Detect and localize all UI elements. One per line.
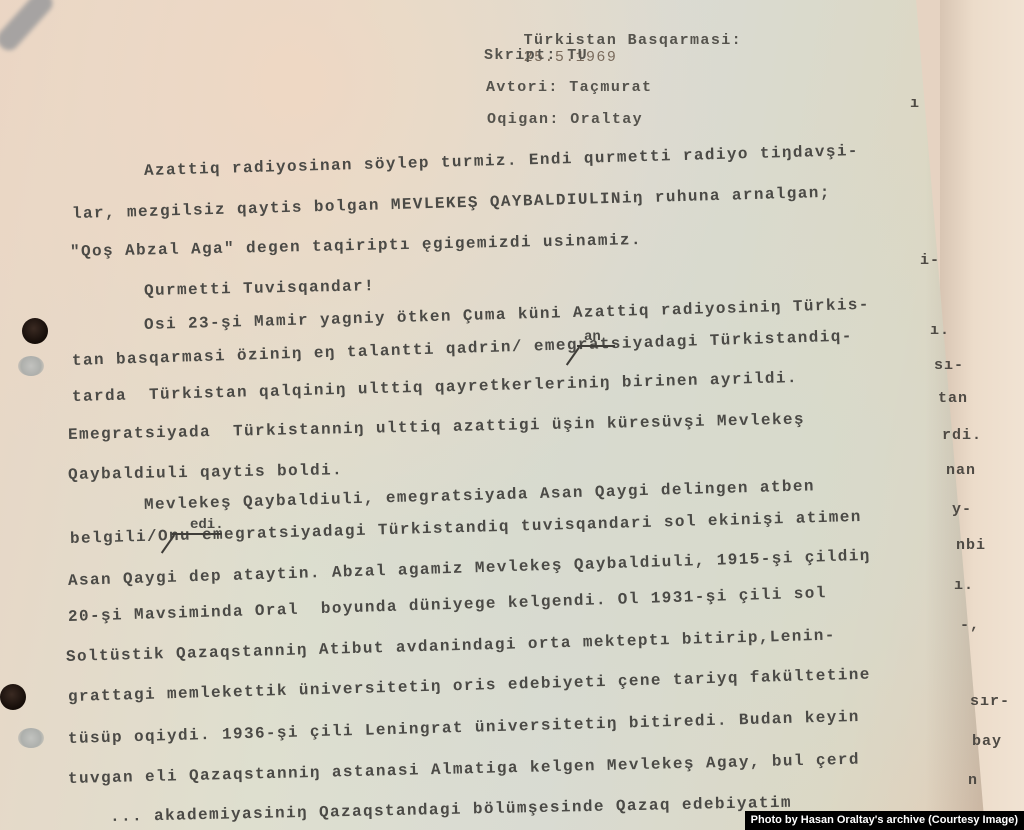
punch-hole-bottom <box>0 684 26 710</box>
handwritten-insert: edi. <box>190 517 224 533</box>
body-line: Azattiq radiyosinan söylep turmiz. Endi … <box>144 142 859 180</box>
margin-fragment: sır- <box>970 693 1010 710</box>
insert-underline <box>577 345 615 347</box>
body-line: ... akademiyasiniŋ Qazaqstandagi bölümşe… <box>110 794 792 826</box>
body-line: Mevlekeş Qaybaldiuli, emegratsiyada Asan… <box>144 477 815 514</box>
header-reader: Oqigan: Oraltay <box>487 111 643 128</box>
photo-credit-caption: Photo by Hasan Oraltay's archive (Courte… <box>745 811 1024 830</box>
margin-fragment: y- <box>952 501 972 518</box>
body-line: tarda Türkistan qalqiniŋ ulttiq qayretke… <box>72 369 798 406</box>
pen-mark <box>0 0 57 54</box>
margin-fragment: bay <box>972 733 1002 750</box>
margin-fragment: rdi. <box>942 427 982 444</box>
insert-underline <box>172 533 222 535</box>
margin-fragment: -, <box>960 617 980 634</box>
punch-hole-top <box>22 318 48 344</box>
body-line: tuvgan eli Qazaqstanniŋ astanasi Almatig… <box>68 751 860 788</box>
body-line: tüsüp oqiydi. 1936-şi çili Leningrat üni… <box>68 708 860 748</box>
body-line: tan basqarmasi öziniŋ eŋ talantti qadrin… <box>72 327 853 370</box>
body-line: Soltüstik Qazaqstanniŋ Atibut avdanindag… <box>66 627 836 666</box>
margin-fragment: n <box>968 772 978 789</box>
body-line: lar, mezgilsiz qaytis bolgan MEVLEKEŞ QA… <box>72 184 831 223</box>
body-line: belgili/Onu emegratsiyadagi Türkistandiq… <box>70 508 862 548</box>
punch-hole-shadow <box>18 728 44 748</box>
body-line-salutation: Qurmetti Tuvisqandar! <box>144 277 375 300</box>
punch-hole-shadow <box>18 356 44 376</box>
margin-fragment: nan <box>946 462 976 479</box>
margin-fragment: ı. <box>954 577 974 594</box>
margin-fragment: sı- <box>934 357 964 374</box>
handwritten-insert: an <box>584 329 601 345</box>
body-line: grattagi memlekettik üniversitetiŋ oris … <box>68 666 871 706</box>
margin-fragment: nbi <box>956 537 986 554</box>
typewritten-page: Türkistan Basqarmasi: 25.5.1969 Skript: … <box>0 0 985 830</box>
header-author: Avtori: Taçmurat <box>486 79 652 96</box>
body-line: Emegratsiyada Türkistanniŋ ulttiq azatti… <box>68 411 805 444</box>
body-line: Asan Qaygi dep ataytin. Abzal agamiz Mev… <box>68 547 871 590</box>
body-line: 20-şi Mavsiminda Oral boyunda düniyege k… <box>68 584 827 626</box>
margin-fragment: i- <box>920 252 940 269</box>
body-line: Osi 23-şi Mamir yagniy ötken Çuma küni A… <box>144 296 870 334</box>
body-line: Qaybaldiuli qaytis boldi. <box>68 461 343 484</box>
margin-fragment: ı <box>910 95 920 112</box>
body-line: "Qoş Abzal Aga" degen taqiriptı ęgigemiz… <box>70 231 642 261</box>
margin-fragment: ı. <box>930 322 950 339</box>
margin-fragment: tan <box>938 390 968 407</box>
header-script: Skript: TU <box>484 47 588 64</box>
